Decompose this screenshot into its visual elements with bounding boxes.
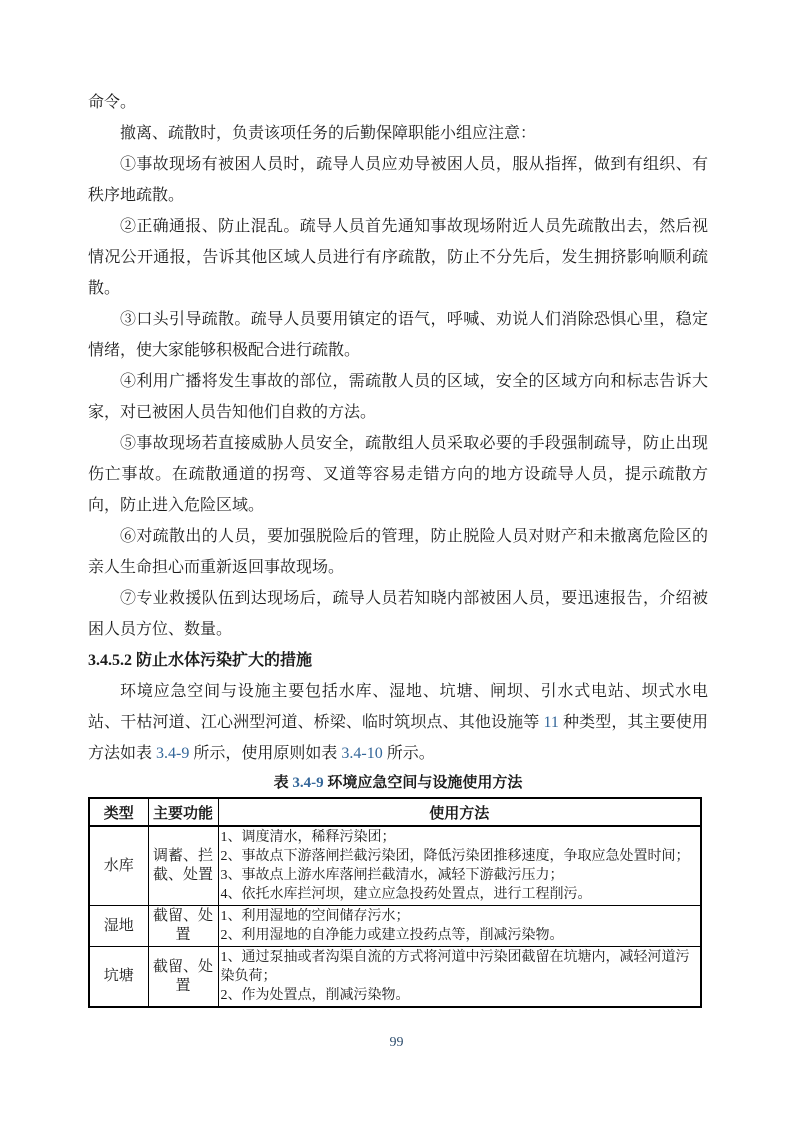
caption-prefix: 表 bbox=[274, 775, 293, 791]
intro-paragraph: 环境应急空间与设施主要包括水库、湿地、坑塘、闸坝、引水式电站、坝式水电站、干枯河… bbox=[88, 676, 708, 769]
paragraph-continuation: 命令。 bbox=[88, 87, 708, 118]
method-item: 3、事故点上游水库落闸拦截清水，减轻下游截污压力； bbox=[221, 866, 699, 885]
paragraph: ②正确通报、防止混乱。疏导人员首先通知事故现场附近人员先疏散出去，然后视情况公开… bbox=[88, 211, 708, 304]
page-number: 99 bbox=[0, 1035, 793, 1051]
emergency-facilities-table: 类型 主要功能 使用方法 水库 调蓄、拦截、处置 1、调度清水，稀释污染团； 2… bbox=[88, 797, 702, 1008]
column-header-function: 主要功能 bbox=[148, 798, 218, 826]
paragraph: ⑥对疏散出的人员，要加强脱险后的管理，防止脱险人员对财产和未撤离危险区的亲人生命… bbox=[88, 521, 708, 583]
cell-type: 坑塘 bbox=[89, 947, 148, 1008]
caption-title: 环境应急空间与设施使用方法 bbox=[324, 775, 523, 791]
paragraph: 撤离、疏散时，负责该项任务的后勤保障职能小组应注意： bbox=[88, 118, 708, 149]
document-page: 命令。 撤离、疏散时，负责该项任务的后勤保障职能小组应注意： ①事故现场有被困人… bbox=[0, 0, 793, 1122]
caption-table-number: 3.4-9 bbox=[292, 775, 323, 791]
table-row-pond: 坑塘 截留、处置 1、通过泵抽或者沟渠自流的方式将河道中污染团截留在坑塘内，减轻… bbox=[89, 947, 701, 1008]
cell-function: 截留、处置 bbox=[148, 906, 218, 947]
table-caption: 表 3.4-9 环境应急空间与设施使用方法 bbox=[88, 772, 708, 794]
cell-function: 调蓄、拦截、处置 bbox=[148, 826, 218, 906]
table-row-wetland: 湿地 截留、处置 1、利用湿地的空间储存污水； 2、利用湿地的自净能力或建立投药… bbox=[89, 906, 701, 947]
paragraph: ④利用广播将发生事故的部位，需疏散人员的区域，安全的区域方向和标志告诉大家，对已… bbox=[88, 366, 708, 428]
method-item: 1、通过泵抽或者沟渠自流的方式将河道中污染团截留在坑塘内，减轻河道污染负荷； bbox=[221, 948, 699, 986]
paragraph: ①事故现场有被困人员时，疏导人员应劝导被困人员，服从指挥，做到有组织、有秩序地疏… bbox=[88, 149, 708, 211]
count-number: 11 bbox=[543, 714, 558, 731]
page-content: 命令。 撤离、疏散时，负责该项任务的后勤保障职能小组应注意： ①事故现场有被困人… bbox=[88, 87, 708, 1008]
column-header-type: 类型 bbox=[89, 798, 148, 826]
paragraph: ⑦专业救援队伍到达现场后，疏导人员若知晓内部被困人员，要迅速报告，介绍被困人员方… bbox=[88, 583, 708, 645]
method-item: 1、调度清水，稀释污染团； bbox=[221, 828, 699, 847]
cell-methods: 1、通过泵抽或者沟渠自流的方式将河道中污染团截留在坑塘内，减轻河道污染负荷； 2… bbox=[218, 947, 701, 1008]
table-header-row: 类型 主要功能 使用方法 bbox=[89, 798, 701, 826]
intro-text: 所示。 bbox=[383, 745, 435, 762]
column-header-methods: 使用方法 bbox=[218, 798, 701, 826]
table-reference-number: 3.4-9 bbox=[156, 745, 189, 762]
method-item: 2、作为处置点，削减污染物。 bbox=[221, 986, 699, 1005]
table-reference-number: 3.4-10 bbox=[341, 745, 382, 762]
cell-methods: 1、利用湿地的空间储存污水； 2、利用湿地的自净能力或建立投药点等，削减污染物。 bbox=[218, 906, 701, 947]
paragraph: ③口头引导疏散。疏导人员要用镇定的语气，呼喊、劝说人们消除恐惧心里，稳定情绪，使… bbox=[88, 304, 708, 366]
table-row-reservoir: 水库 调蓄、拦截、处置 1、调度清水，稀释污染团； 2、事故点下游落闸拦截污染团… bbox=[89, 826, 701, 906]
method-item: 1、利用湿地的空间储存污水； bbox=[221, 907, 699, 926]
cell-function: 截留、处置 bbox=[148, 947, 218, 1008]
method-item: 2、利用湿地的自净能力或建立投药点等，削减污染物。 bbox=[221, 926, 699, 945]
method-item: 4、依托水库拦河坝，建立应急投药处置点，进行工程削污。 bbox=[221, 885, 699, 904]
intro-text: 所示，使用原则如表 bbox=[189, 745, 341, 762]
cell-methods: 1、调度清水，稀释污染团； 2、事故点下游落闸拦截污染团，降低污染团推移速度，争… bbox=[218, 826, 701, 906]
section-heading: 3.4.5.2 防止水体污染扩大的措施 bbox=[88, 645, 708, 676]
cell-type: 湿地 bbox=[89, 906, 148, 947]
cell-type: 水库 bbox=[89, 826, 148, 906]
method-item: 2、事故点下游落闸拦截污染团，降低污染团推移速度，争取应急处置时间； bbox=[221, 847, 699, 866]
paragraph: ⑤事故现场若直接威胁人员安全，疏散组人员采取必要的手段强制疏导，防止出现伤亡事故… bbox=[88, 428, 708, 521]
